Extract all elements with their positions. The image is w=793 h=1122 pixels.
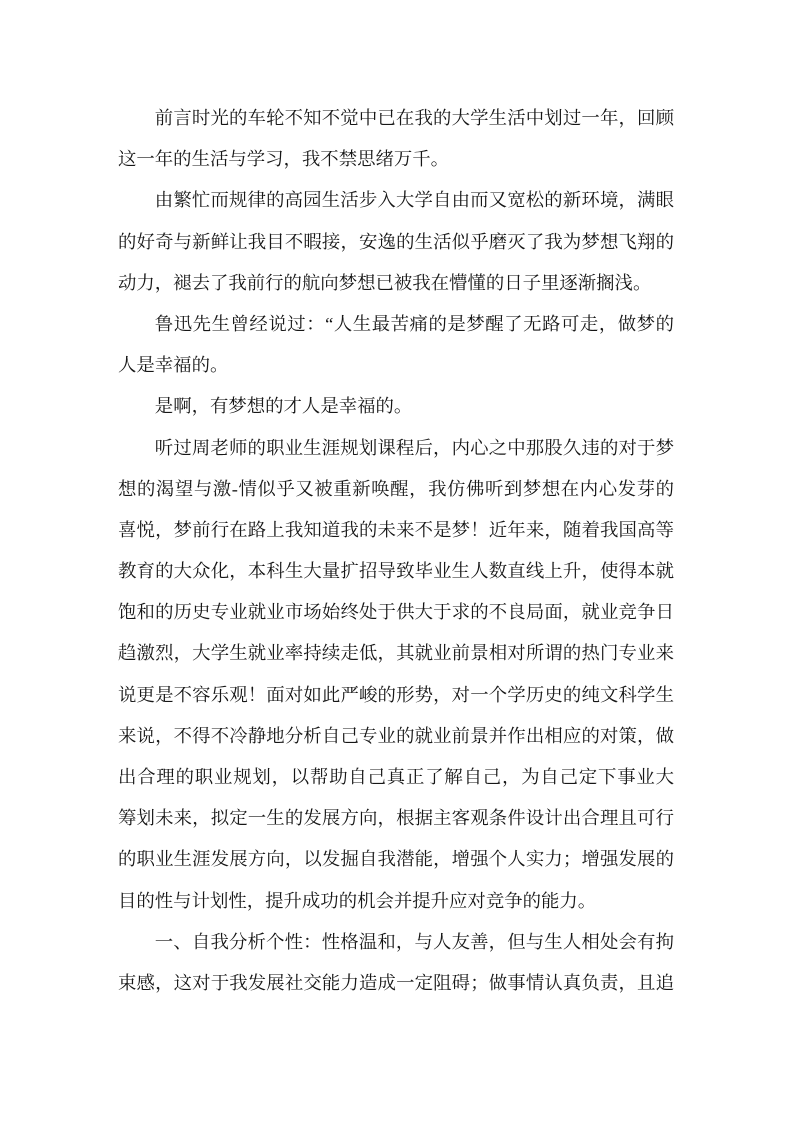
text-line: 目的性与计划性，提升成功的机会并提升应对竞争的能力。 [118, 881, 674, 922]
text-line: 筹划未来，拟定一生的发展方向，根据主客观条件设计出合理且可行 [118, 798, 674, 839]
document-page: 前言时光的车轮不知不觉中已在我的大学生活中划过一年，回顾 这一年的生活与学习，我… [0, 0, 793, 1122]
text-line: 动力，褪去了我前行的航向梦想已被我在懵懂的日子里逐渐搁浅。 [118, 263, 674, 304]
text-line: 束感，这对于我发展社交能力造成一定阻碍；做事情认真负责，且追 [118, 963, 674, 1004]
paragraph: 鲁迅先生曾经说过：“人生最苦痛的是梦醒了无路可走，做梦的 人是幸福的。 [118, 304, 674, 386]
text-line: 的职业生涯发展方向，以发掘自我潜能，增强个人实力；增强发展的 [118, 839, 674, 880]
text-line: 想的渴望与激-情似乎又被重新唤醒，我仿佛听到梦想在内心发芽的 [118, 469, 674, 510]
text-line: 这一年的生活与学习，我不禁思绪万千。 [118, 139, 674, 180]
text-line: 来说，不得不冷静地分析自己专业的就业前景并作出相应的对策，做 [118, 716, 674, 757]
text-line: 趋激烈，大学生就业率持续走低，其就业前景相对所谓的热门专业来 [118, 633, 674, 674]
paragraph: 是啊，有梦想的才人是幸福的。 [118, 386, 674, 427]
text-line: 的好奇与新鲜让我目不暇接，安逸的生活似乎磨灭了我为梦想飞翔的 [118, 222, 674, 263]
text-line: 前言时光的车轮不知不觉中已在我的大学生活中划过一年，回顾 [118, 98, 674, 139]
text-line: 教育的大众化，本科生大量扩招导致毕业生人数直线上升，使得本就 [118, 551, 674, 592]
paragraph: 前言时光的车轮不知不觉中已在我的大学生活中划过一年，回顾 这一年的生活与学习，我… [118, 98, 674, 180]
text-line: 喜悦，梦前行在路上我知道我的未来不是梦！近年来，随着我国高等 [118, 510, 674, 551]
paragraph: 听过周老师的职业生涯规划课程后，内心之中那股久违的对于梦 想的渴望与激-情似乎又… [118, 428, 674, 922]
text-line: 人是幸福的。 [118, 345, 674, 386]
paragraph: 由繁忙而规律的高园生活步入大学自由而又宽松的新环境，满眼 的好奇与新鲜让我目不暇… [118, 180, 674, 304]
text-line: 出合理的职业规划，以帮助自己真正了解自己，为自己定下事业大计， [118, 757, 674, 798]
text-line: 听过周老师的职业生涯规划课程后，内心之中那股久违的对于梦 [118, 428, 674, 469]
text-line: 鲁迅先生曾经说过：“人生最苦痛的是梦醒了无路可走，做梦的 [118, 304, 674, 345]
text-line: 由繁忙而规律的高园生活步入大学自由而又宽松的新环境，满眼 [118, 180, 674, 221]
text-line: 饱和的历史专业就业市场始终处于供大于求的不良局面，就业竞争日 [118, 592, 674, 633]
text-line: 一、自我分析个性：性格温和，与人友善，但与生人相处会有拘 [118, 922, 674, 963]
text-line: 说更是不容乐观！面对如此严峻的形势，对一个学历史的纯文科学生 [118, 675, 674, 716]
paragraph: 一、自我分析个性：性格温和，与人友善，但与生人相处会有拘 束感，这对于我发展社交… [118, 922, 674, 1004]
text-line: 是啊，有梦想的才人是幸福的。 [118, 386, 674, 427]
